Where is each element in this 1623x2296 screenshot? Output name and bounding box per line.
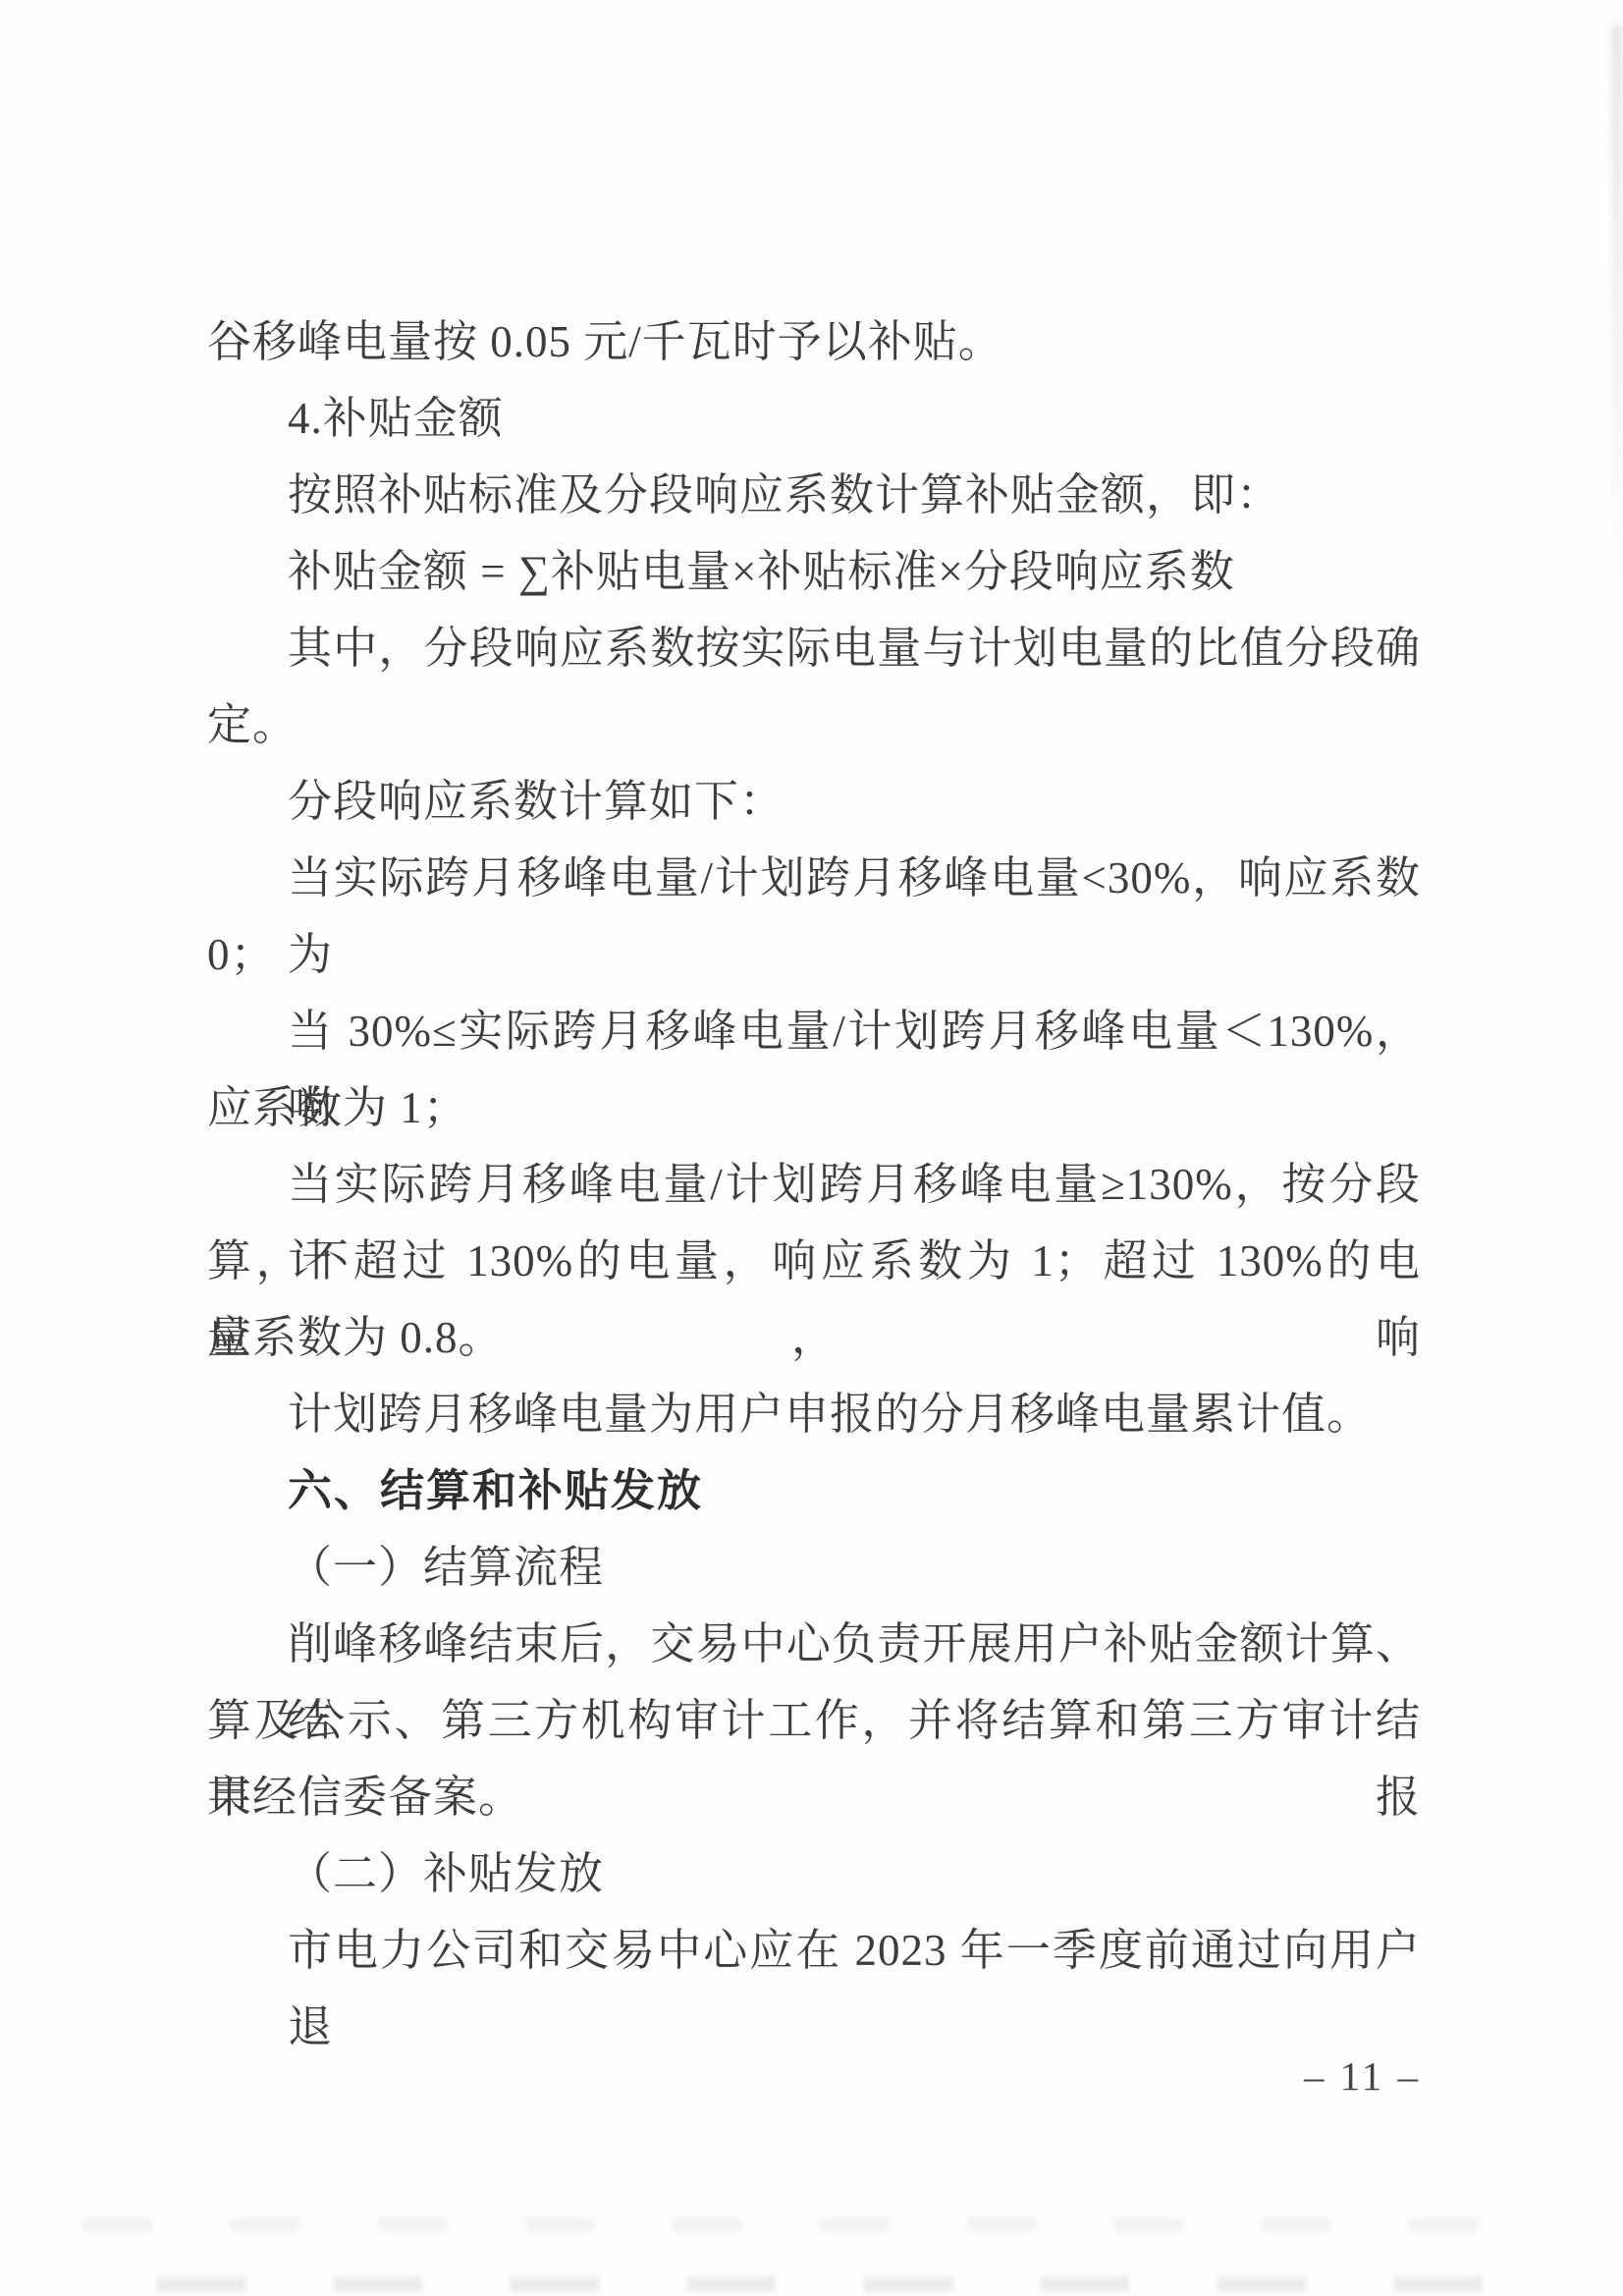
text-line: 计划跨月移峰电量为用户申报的分月移峰电量累计值。 (207, 1376, 1421, 1452)
subsection-heading: （一）结算流程 (207, 1529, 1421, 1606)
text-line: 0； (207, 916, 1421, 993)
subsection-heading: （二）补贴发放 (207, 1835, 1421, 1912)
text-line: 算，不超过 130%的电量，响应系数为 1；超过 130%的电量，响 (207, 1223, 1421, 1299)
scan-artifact (1611, 25, 1623, 574)
document-body: 谷移峰电量按 0.05 元/千瓦时予以补贴。 4.补贴金额 按照补贴标准及分段响… (207, 303, 1421, 1989)
text-line: 谷移峰电量按 0.05 元/千瓦时予以补贴。 (207, 303, 1421, 380)
text-line: 市电力公司和交易中心应在 2023 年一季度前通过向用户退 (207, 1912, 1421, 1989)
text-line: 应系数为 1； (207, 1069, 1421, 1146)
text-line: 当 30%≤实际跨月移峰电量/计划跨月移峰电量＜130%，响 (207, 993, 1421, 1069)
document-page: 谷移峰电量按 0.05 元/千瓦时予以补贴。 4.补贴金额 按照补贴标准及分段响… (0, 0, 1623, 2296)
scan-artifact (157, 2276, 1564, 2292)
text-line: 削峰移峰结束后，交易中心负责开展用户补贴金额计算、结 (207, 1606, 1421, 1682)
text-line: 按照补贴标准及分段响应系数计算补贴金额，即： (207, 457, 1421, 533)
text-line: 算及公示、第三方机构审计工作，并将结算和第三方审计结果报 (207, 1682, 1421, 1759)
section-heading: 六、结算和补贴发放 (207, 1452, 1421, 1529)
page-number: – 11 – (1304, 2052, 1421, 2100)
text-line: 当实际跨月移峰电量/计划跨月移峰电量<30%，响应系数为 (207, 840, 1421, 916)
text-line: 其中，分段响应系数按实际电量与计划电量的比值分段确 (207, 610, 1421, 686)
text-line: 当实际跨月移峰电量/计划跨月移峰电量≥130%，按分段计 (207, 1146, 1421, 1223)
scan-artifact (83, 2217, 1554, 2231)
text-line: 4.补贴金额 (207, 380, 1421, 457)
formula-line: 补贴金额 = ∑补贴电量×补贴标准×分段响应系数 (207, 533, 1421, 610)
text-line: 定。 (207, 686, 1421, 763)
text-line: 分段响应系数计算如下： (207, 763, 1421, 840)
